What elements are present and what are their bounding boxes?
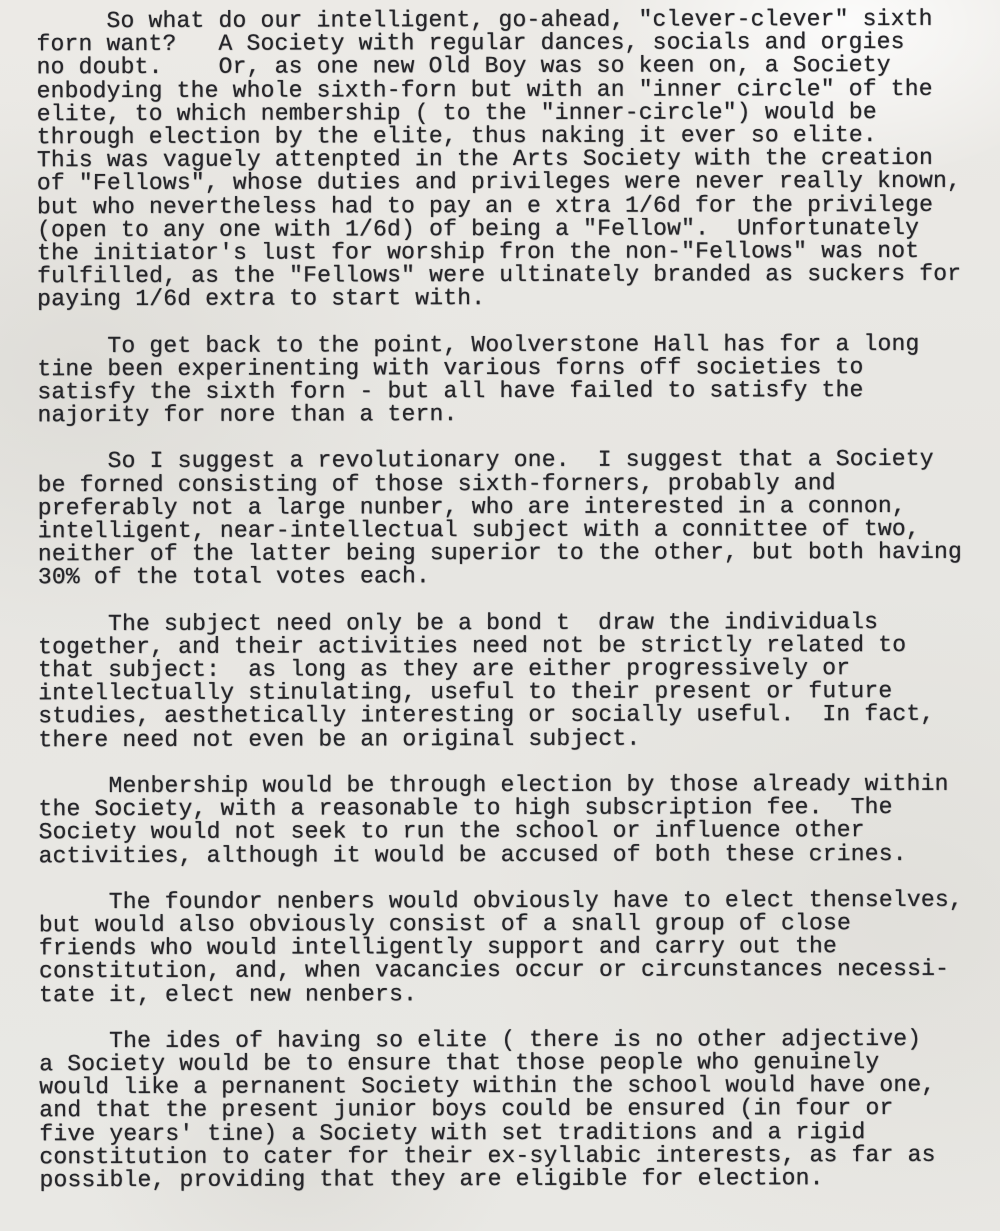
paragraph-1: So what do our intelligent, go-ahead, "c…: [36, 8, 979, 312]
paragraph-7: The ides of having so elite ( there is n…: [39, 1027, 981, 1192]
paragraph-6: The foundor nenbers would obviously have…: [39, 888, 981, 1006]
paragraph-4: The subject need only be a bond t draw t…: [38, 610, 980, 752]
paragraph-2: To get back to the point, Woolverstone H…: [37, 332, 979, 427]
paragraph-5: Menbership would be through election by …: [38, 773, 980, 868]
scanned-document-page: So what do our intelligent, go-ahead, "c…: [0, 0, 1000, 1231]
paragraph-3: So I suggest a revolutionary one. I sugg…: [38, 448, 980, 590]
